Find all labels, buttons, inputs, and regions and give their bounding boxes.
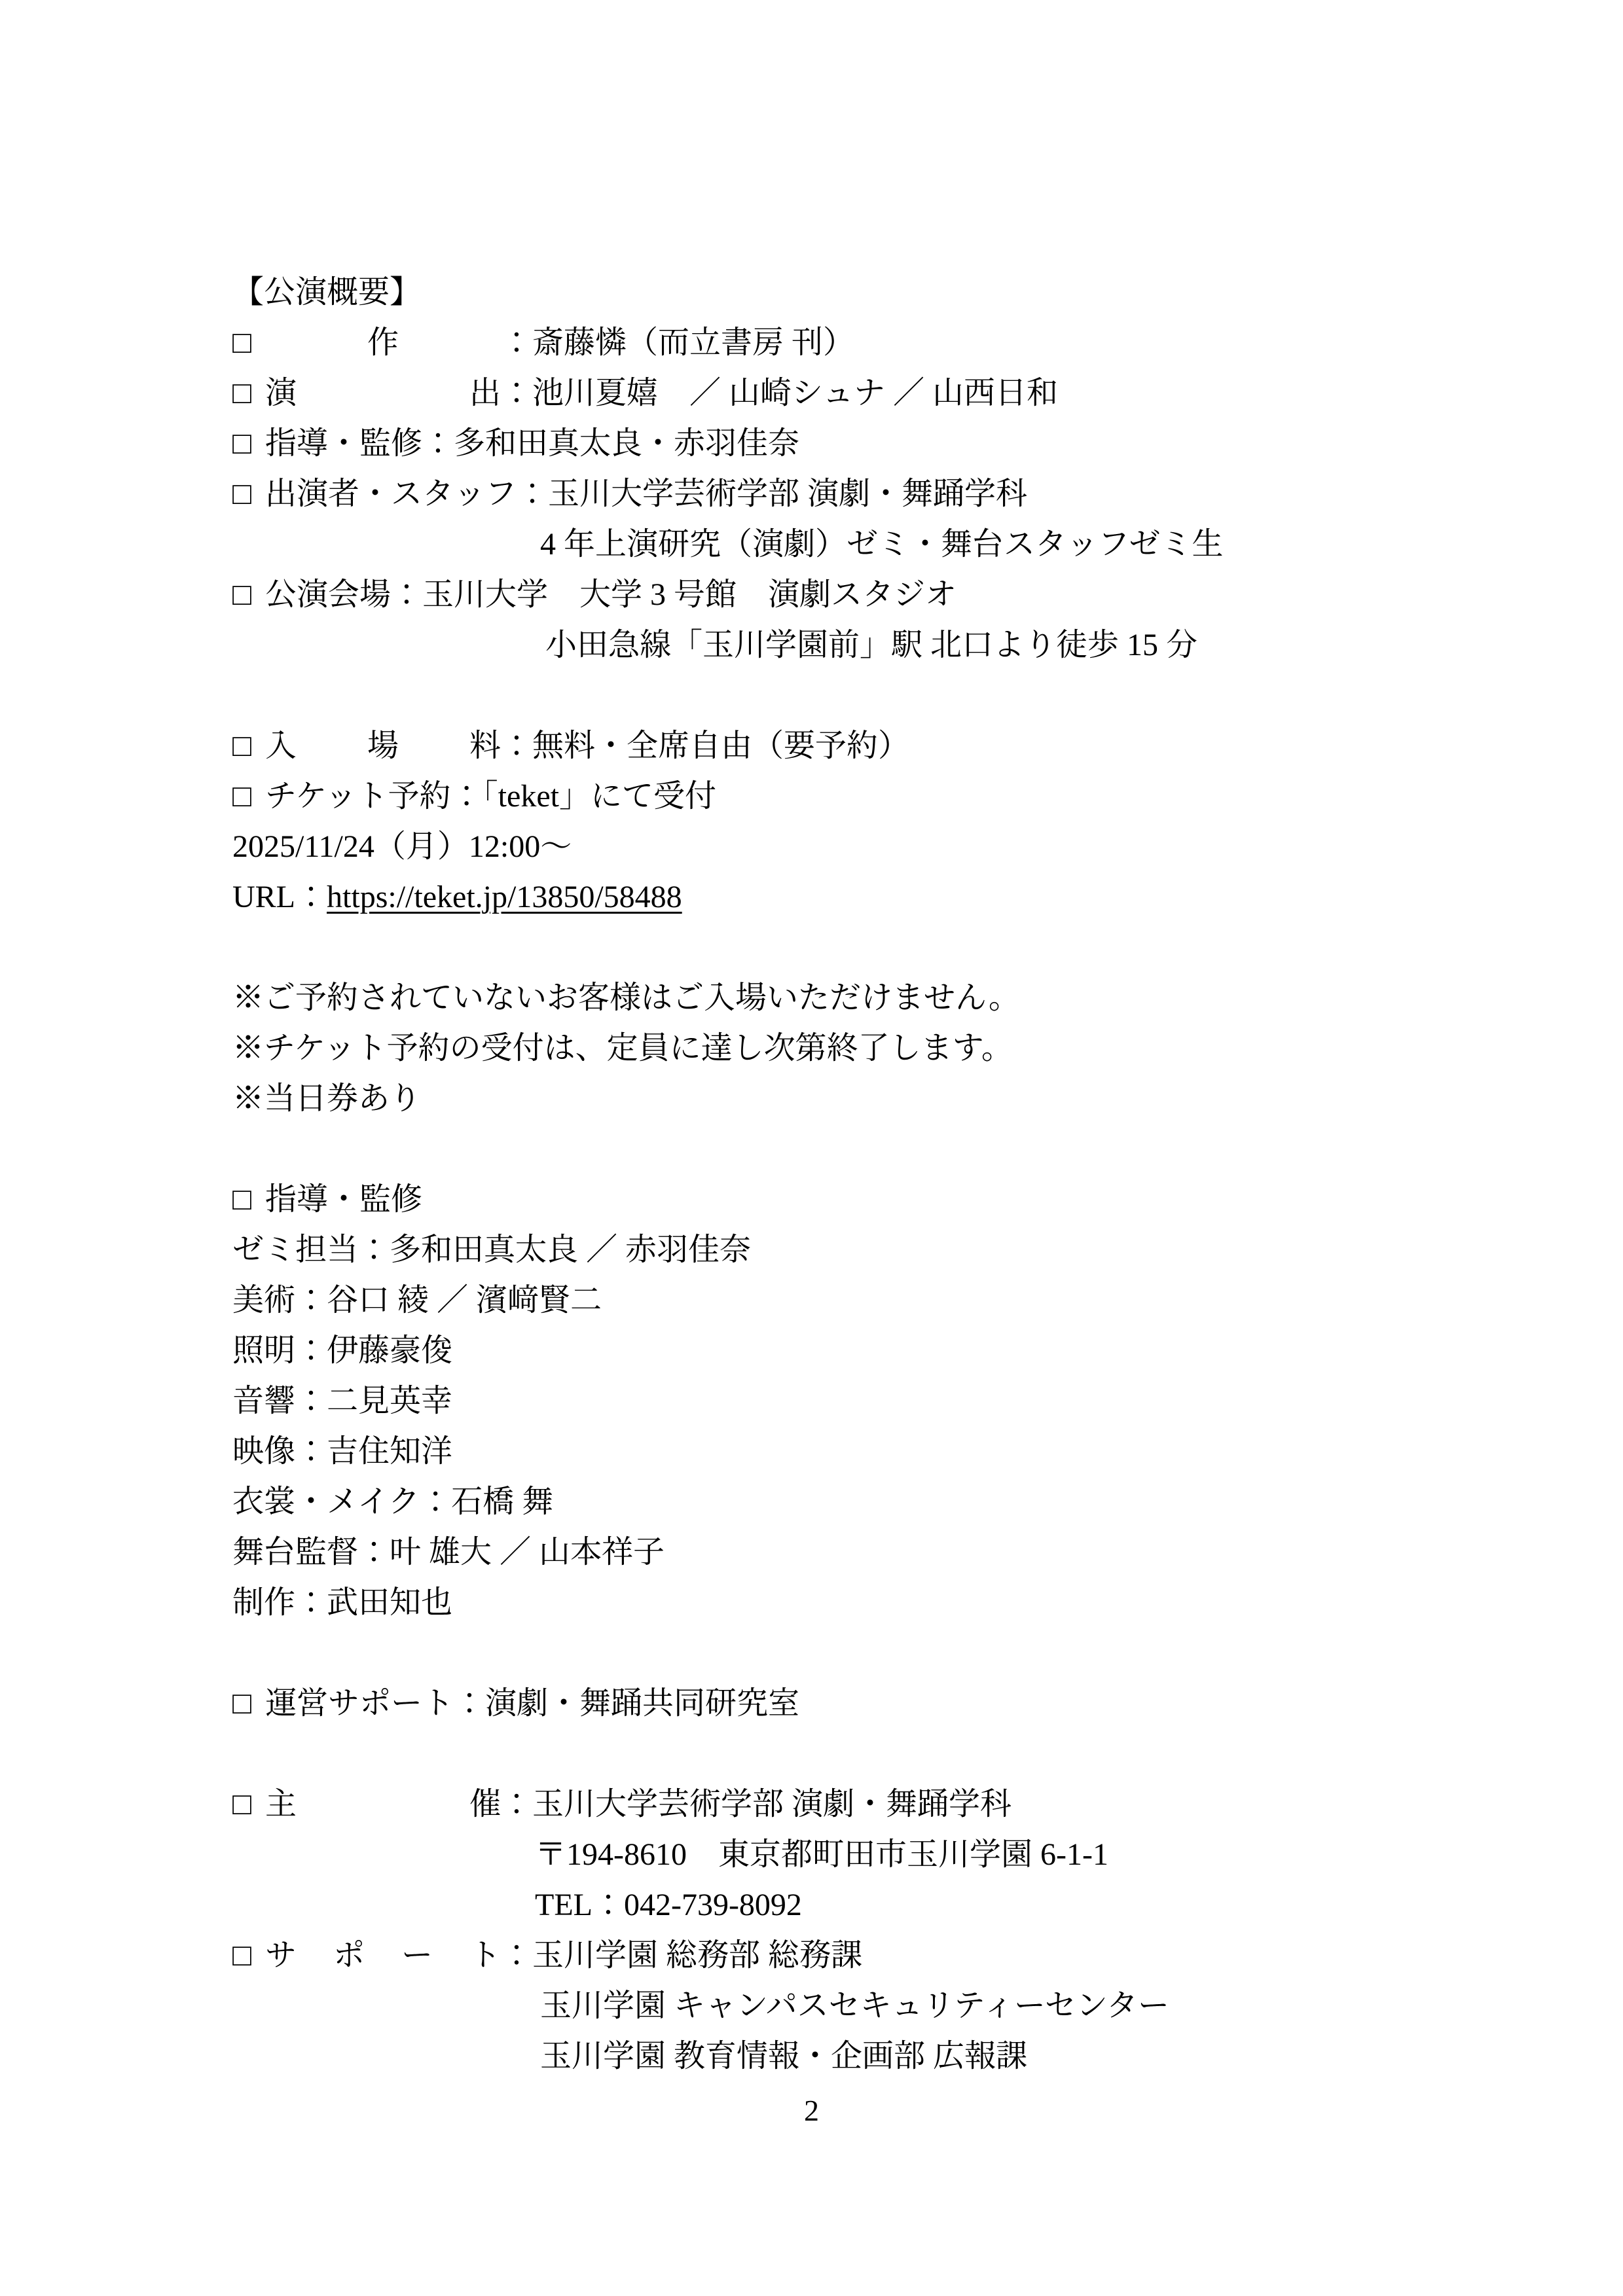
line-text: 美術：谷口 綾 ／ 濱﨑賢二 xyxy=(232,1283,602,1318)
line-text: ※チケット予約の受付は、定員に達し次第終了します。 xyxy=(232,1031,1013,1066)
line-text: 指導・監修：多和田真太良・赤羽佳奈 xyxy=(265,426,799,461)
line-text: 運営サポート：演劇・舞踊共同研究室 xyxy=(265,1686,799,1721)
line-text: TEL：042-739-8092 xyxy=(535,1888,802,1922)
field-label: 主催 xyxy=(265,1779,501,1829)
line-text: 音響：二見英幸 xyxy=(232,1384,452,1418)
checkbox-icon: □ xyxy=(232,1174,265,1225)
checkbox-icon: □ xyxy=(232,1779,265,1829)
document-line: 玉川学園 キャンパスセキュリティーセンター xyxy=(232,1981,1544,2031)
blank-line xyxy=(232,1628,1544,1678)
line-text: 〒194-8610 東京都町田市玉川学園 6-1-1 xyxy=(535,1837,1108,1872)
page-number: 2 xyxy=(0,2085,1623,2136)
document-line: □作：斎藤憐（而立書房 刊） xyxy=(232,317,1544,368)
line-text: 【公演概要】 xyxy=(232,275,421,310)
checkbox-icon: □ xyxy=(232,469,265,519)
document-line: □指導・監修 xyxy=(232,1174,1544,1225)
document-line: 美術：谷口 綾 ／ 濱﨑賢二 xyxy=(232,1275,1544,1325)
line-text: ゼミ担当：多和田真太良 ／ 赤羽佳奈 xyxy=(232,1232,751,1267)
line-text: ※ご予約されていないお客様はご入場いただけません。 xyxy=(232,980,1020,1015)
document-line: 2025/11/24（月）12:00～ xyxy=(232,821,1544,872)
line-text: 衣裳・メイク：石橋 舞 xyxy=(232,1484,553,1519)
field-label: 演出 xyxy=(265,368,501,418)
document-line: 音響：二見英幸 xyxy=(232,1376,1544,1426)
checkbox-icon: □ xyxy=(232,418,265,469)
document-line: 衣裳・メイク：石橋 舞 xyxy=(232,1477,1544,1527)
document-line: □出演者・スタッフ：玉川大学芸術学部 演劇・舞踊学科 xyxy=(232,469,1544,519)
line-text: 公演会場：玉川大学 大学 3 号館 演劇スタジオ xyxy=(265,577,957,612)
document-line: 映像：吉住知洋 xyxy=(232,1426,1544,1477)
line-text: チケット予約：「teket」にて受付 xyxy=(265,779,716,814)
line-text: 指導・監修 xyxy=(265,1182,422,1217)
line-text: ：斎藤憐（而立書房 刊） xyxy=(501,325,854,360)
line-text: ※当日券あり xyxy=(232,1081,421,1116)
ticket-url-link[interactable]: https://teket.jp/13850/58488 xyxy=(327,880,682,914)
line-text: 玉川学園 キャンパスセキュリティーセンター xyxy=(540,1988,1169,2023)
field-label: 作 xyxy=(265,317,501,368)
line-text: ：無料・全席自由（要予約） xyxy=(501,728,909,763)
blank-line xyxy=(232,670,1544,721)
line-text: 玉川学園 教育情報・企画部 広報課 xyxy=(540,2039,1027,2073)
line-text: 舞台監督：叶 雄大 ／ 山本祥子 xyxy=(232,1535,665,1570)
page: 【公演概要】□作：斎藤憐（而立書房 刊）□演出：池川夏嬉 ／ 山崎シュナ ／ 山… xyxy=(0,0,1623,2296)
line-text: 2025/11/24（月）12:00～ xyxy=(232,829,572,864)
document-line: □公演会場：玉川大学 大学 3 号館 演劇スタジオ xyxy=(232,569,1544,620)
document-line: □演出：池川夏嬉 ／ 山崎シュナ ／ 山西日和 xyxy=(232,368,1544,418)
line-text: ：池川夏嬉 ／ 山崎シュナ ／ 山西日和 xyxy=(501,376,1058,410)
field-label: 入場料 xyxy=(265,721,501,771)
document-body: 【公演概要】□作：斎藤憐（而立書房 刊）□演出：池川夏嬉 ／ 山崎シュナ ／ 山… xyxy=(232,267,1544,2081)
line-text: 小田急線「玉川学園前」駅 北口より徒歩 15 分 xyxy=(545,628,1197,662)
document-line: □運営サポート：演劇・舞踊共同研究室 xyxy=(232,1678,1544,1729)
blank-line xyxy=(232,1729,1544,1779)
blank-line xyxy=(232,1124,1544,1174)
line-text: 制作：武田知也 xyxy=(232,1585,452,1620)
document-line: □指導・監修：多和田真太良・赤羽佳奈 xyxy=(232,418,1544,469)
document-line: ※チケット予約の受付は、定員に達し次第終了します。 xyxy=(232,1023,1544,1073)
line-text: 出演者・スタッフ：玉川大学芸術学部 演劇・舞踊学科 xyxy=(265,476,1027,511)
ticket-url-line: URL：https://teket.jp/13850/58488 xyxy=(232,872,1544,922)
heading-line: 【公演概要】 xyxy=(232,267,1544,317)
checkbox-icon: □ xyxy=(232,317,265,368)
line-text: 照明：伊藤豪俊 xyxy=(232,1333,452,1368)
line-text: ：玉川大学芸術学部 演劇・舞踊学科 xyxy=(501,1787,1012,1821)
document-line: ※ご予約されていないお客様はご入場いただけません。 xyxy=(232,973,1544,1023)
document-line: 玉川学園 教育情報・企画部 広報課 xyxy=(232,2031,1544,2081)
checkbox-icon: □ xyxy=(232,771,265,821)
document-line: ※当日券あり xyxy=(232,1073,1544,1124)
checkbox-icon: □ xyxy=(232,569,265,620)
document-line: 〒194-8610 東京都町田市玉川学園 6-1-1 xyxy=(232,1829,1544,1880)
document-line: □チケット予約：「teket」にて受付 xyxy=(232,771,1544,821)
document-line: 制作：武田知也 xyxy=(232,1577,1544,1628)
document-line: □主催：玉川大学芸術学部 演劇・舞踊学科 xyxy=(232,1779,1544,1829)
document-line: 舞台監督：叶 雄大 ／ 山本祥子 xyxy=(232,1527,1544,1577)
document-line: □入場料：無料・全席自由（要予約） xyxy=(232,721,1544,771)
checkbox-icon: □ xyxy=(232,368,265,418)
line-text: 4 年上演研究（演劇）ゼミ・舞台スタッフゼミ生 xyxy=(540,527,1224,562)
url-prefix: URL： xyxy=(232,880,327,914)
document-line: 照明：伊藤豪俊 xyxy=(232,1325,1544,1376)
blank-line xyxy=(232,922,1544,973)
document-line: 小田急線「玉川学園前」駅 北口より徒歩 15 分 xyxy=(232,620,1544,670)
checkbox-icon: □ xyxy=(232,1678,265,1729)
document-line: □サポート：玉川学園 総務部 総務課 xyxy=(232,1930,1544,1981)
line-text: ：玉川学園 総務部 総務課 xyxy=(501,1938,862,1973)
document-line: ゼミ担当：多和田真太良 ／ 赤羽佳奈 xyxy=(232,1225,1544,1275)
document-line: 4 年上演研究（演劇）ゼミ・舞台スタッフゼミ生 xyxy=(232,519,1544,569)
checkbox-icon: □ xyxy=(232,721,265,771)
field-label: サポート xyxy=(265,1930,501,1981)
checkbox-icon: □ xyxy=(232,1930,265,1981)
document-line: TEL：042-739-8092 xyxy=(232,1880,1544,1930)
line-text: 映像：吉住知洋 xyxy=(232,1434,452,1469)
